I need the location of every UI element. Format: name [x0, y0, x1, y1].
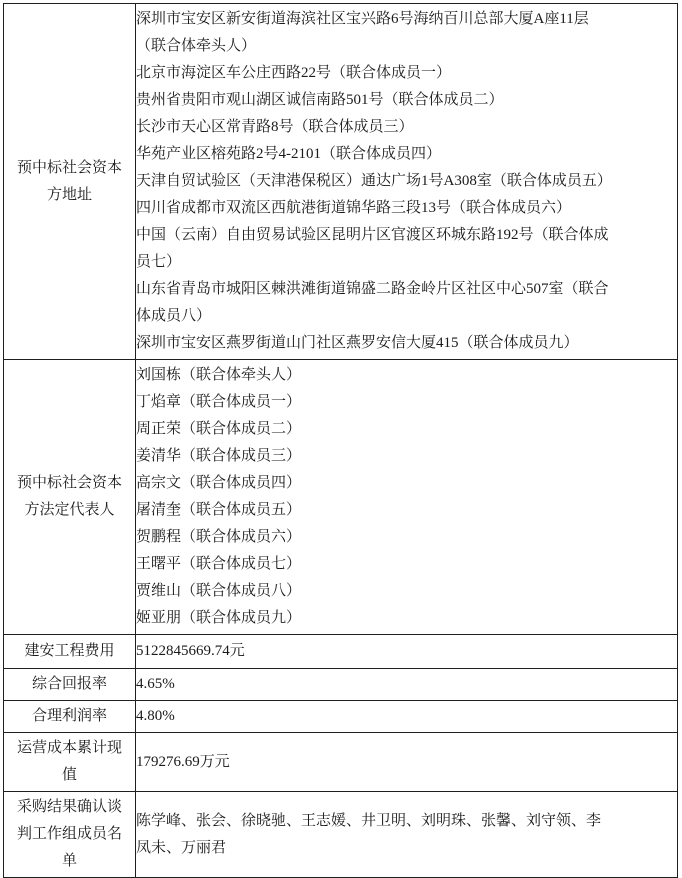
- text-line: 4.80%: [136, 703, 677, 730]
- row-label-cell: 合理利润率: [4, 701, 136, 733]
- row-label-cell: 运营成本累计现值: [4, 733, 136, 792]
- row-label-cell: 建安工程费用: [4, 635, 136, 669]
- table-row-reasonable-profit-rate: 合理利润率4.80%: [4, 701, 678, 733]
- table-row-negotiation-workgroup-members: 采购结果确认谈判工作组成员名单陈学峰、张会、徐晓驰、王志媛、井卫明、刘明珠、张馨…: [4, 792, 678, 878]
- table-row-operating-cost-present-value: 运营成本累计现值179276.69万元: [4, 733, 678, 792]
- announcement-table: 预中标社会资本方地址深圳市宝安区新安街道海滨社区宝兴路6号海纳百川总部大厦A座1…: [3, 3, 678, 878]
- text-line: 建安工程费用: [4, 638, 135, 665]
- text-line: 长沙市天心区常青路8号（联合体成员三）: [136, 114, 677, 141]
- row-value-cell: 4.65%: [136, 669, 678, 701]
- text-line: 员七）: [136, 249, 677, 276]
- text-line: 中国（云南）自由贸易试验区昆明片区官渡区环城东路192号（联合体成: [136, 222, 677, 249]
- text-line: 预中标社会资本: [4, 470, 135, 497]
- table-row-pre-winner-address: 预中标社会资本方地址深圳市宝安区新安街道海滨社区宝兴路6号海纳百川总部大厦A座1…: [4, 4, 678, 360]
- text-line: 姬亚朋（联合体成员九）: [136, 605, 677, 632]
- row-label-cell: 采购结果确认谈判工作组成员名单: [4, 792, 136, 878]
- text-line: 深圳市宝安区燕罗街道山门社区燕罗安信大厦415（联合体成员九）: [136, 330, 677, 357]
- row-value-cell: 179276.69万元: [136, 733, 678, 792]
- text-line: 周正荣（联合体成员二）: [136, 416, 677, 443]
- text-line: 贾维山（联合体成员八）: [136, 578, 677, 605]
- text-line: 方地址: [4, 182, 135, 209]
- text-line: 合理利润率: [4, 703, 135, 730]
- text-line: 天津自贸试验区（天津港保税区）通达广场1号A308室（联合体成员五）: [136, 168, 677, 195]
- text-line: 预中标社会资本: [4, 155, 135, 182]
- text-line: 5122845669.74元: [136, 638, 677, 665]
- table-row-construction-cost: 建安工程费用5122845669.74元: [4, 635, 678, 669]
- text-line: 方法定代表人: [4, 497, 135, 524]
- text-line: 体成员八）: [136, 303, 677, 330]
- text-line: 刘国栋（联合体牵头人）: [136, 362, 677, 389]
- row-value-cell: 陈学峰、张会、徐晓驰、王志媛、井卫明、刘明珠、张馨、刘守领、李凤未、万丽君: [136, 792, 678, 878]
- row-value-cell: 5122845669.74元: [136, 635, 678, 669]
- table-row-pre-winner-legal-representatives: 预中标社会资本方法定代表人刘国栋（联合体牵头人）丁焰章（联合体成员一）周正荣（联…: [4, 360, 678, 635]
- text-line: 姜清华（联合体成员三）: [136, 443, 677, 470]
- row-value-cell: 深圳市宝安区新安街道海滨社区宝兴路6号海纳百川总部大厦A座11层（联合体牵头人）…: [136, 4, 678, 360]
- text-line: 北京市海淀区车公庄西路22号（联合体成员一）: [136, 60, 677, 87]
- text-line: 凤未、万丽君: [136, 835, 677, 862]
- announcement-table-body: 预中标社会资本方地址深圳市宝安区新安街道海滨社区宝兴路6号海纳百川总部大厦A座1…: [4, 4, 678, 878]
- text-line: 运营成本累计现: [4, 735, 135, 762]
- text-line: 采购结果确认谈: [4, 794, 135, 821]
- text-line: 贵州省贵阳市观山湖区诚信南路501号（联合体成员二）: [136, 87, 677, 114]
- text-line: 单: [4, 848, 135, 875]
- row-value-cell: 刘国栋（联合体牵头人）丁焰章（联合体成员一）周正荣（联合体成员二）姜清华（联合体…: [136, 360, 678, 635]
- text-line: 179276.69万元: [136, 749, 677, 776]
- row-label-cell: 综合回报率: [4, 669, 136, 701]
- text-line: 4.65%: [136, 671, 677, 698]
- text-line: 王曙平（联合体成员七）: [136, 551, 677, 578]
- text-line: 判工作组成员名: [4, 821, 135, 848]
- text-line: 华苑产业区榕苑路2号4-2101（联合体成员四）: [136, 141, 677, 168]
- row-label-cell: 预中标社会资本方地址: [4, 4, 136, 360]
- text-line: 四川省成都市双流区西航港街道锦华路三段13号（联合体成员六）: [136, 195, 677, 222]
- text-line: 山东省青岛市城阳区棘洪滩街道锦盛二路金岭片区社区中心507室（联合: [136, 276, 677, 303]
- text-line: 贺鹏程（联合体成员六）: [136, 524, 677, 551]
- text-line: 值: [4, 762, 135, 789]
- text-line: 陈学峰、张会、徐晓驰、王志媛、井卫明、刘明珠、张馨、刘守领、李: [136, 808, 677, 835]
- text-line: 丁焰章（联合体成员一）: [136, 389, 677, 416]
- text-line: 深圳市宝安区新安街道海滨社区宝兴路6号海纳百川总部大厦A座11层: [136, 6, 677, 33]
- text-line: 屠清奎（联合体成员五）: [136, 497, 677, 524]
- text-line: 综合回报率: [4, 671, 135, 698]
- table-row-comprehensive-return-rate: 综合回报率4.65%: [4, 669, 678, 701]
- text-line: （联合体牵头人）: [136, 33, 677, 60]
- row-value-cell: 4.80%: [136, 701, 678, 733]
- text-line: 高宗文（联合体成员四）: [136, 470, 677, 497]
- row-label-cell: 预中标社会资本方法定代表人: [4, 360, 136, 635]
- document-page: 预中标社会资本方地址深圳市宝安区新安街道海滨社区宝兴路6号海纳百川总部大厦A座1…: [0, 0, 682, 850]
